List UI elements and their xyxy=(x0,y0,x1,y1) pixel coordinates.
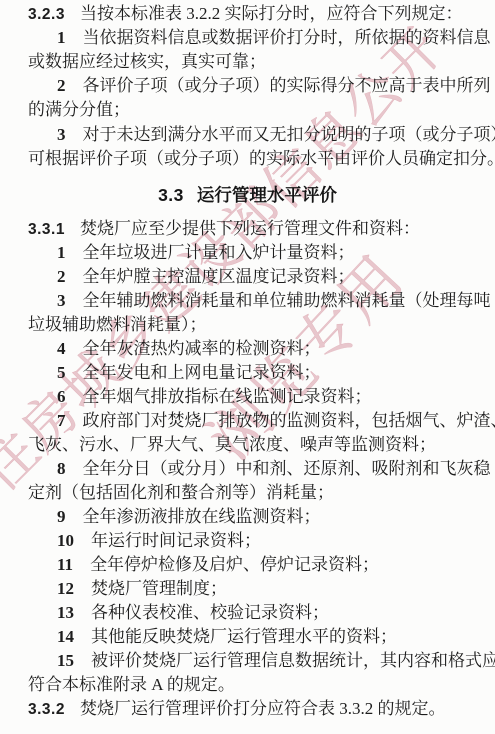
section-heading-3-3: 3.3运行管理水平评价 xyxy=(0,183,495,207)
item-text: 年运行时间记录资料； xyxy=(91,531,261,550)
item-text: 政府部门对焚烧厂排放物的监测资料，包括烟气、炉渣、 xyxy=(83,411,495,430)
list-item: 5全年发电和上网电量记录资料； xyxy=(57,361,321,385)
item-text: 各评价子项（或分子项）的实际得分不应高于表中所列 xyxy=(83,76,491,95)
item-text: 全年渗沥液排放在线监测资料； xyxy=(83,507,321,526)
section-title: 运行管理水平评价 xyxy=(197,185,337,205)
item-text: 全年停炉检修及启炉、停炉记录资料； xyxy=(90,555,379,574)
item-number: 10 xyxy=(57,531,74,550)
list-item: 11全年停炉检修及启炉、停炉记录资料； xyxy=(57,553,379,577)
item-text: 焚烧厂管理制度； xyxy=(91,579,227,598)
list-item: 10年运行时间记录资料； xyxy=(57,529,261,553)
item-text: 当依据资料信息或数据评价打分时，所依据的资料信息 xyxy=(83,28,491,47)
clause-text: 焚烧厂运行管理评价打分应符合表 3.3.2 的规定。 xyxy=(80,699,446,718)
document-page: 住房城乡建设部信息公开 浏览专用 3.2.3当按本标准表 3.2.2 实际打分时… xyxy=(0,0,495,734)
list-item: 3全年辅助燃料消耗量和单位辅助燃料消耗量（处理每吨 xyxy=(57,289,491,313)
item-text: 或数据应经过核实，真实可靠； xyxy=(28,52,266,71)
continuation-line: 可根据评价子项（或分子项）的实际水平由评价人员确定扣分。 xyxy=(28,147,495,171)
list-item: 15被评价焚烧厂运行管理信息数据统计，其内容和格式应 xyxy=(57,649,495,673)
item-number: 6 xyxy=(57,387,66,406)
item-text: 被评价焚烧厂运行管理信息数据统计，其内容和格式应 xyxy=(91,651,495,670)
clause-number: 3.3.1 xyxy=(28,221,65,238)
item-text: 其他能反映焚烧厂运行管理水平的资料； xyxy=(91,627,397,646)
item-text: 全年烟气排放指标在线监测记录资料； xyxy=(83,387,372,406)
item-number: 12 xyxy=(57,579,74,598)
item-number: 7 xyxy=(57,411,66,430)
item-number: 4 xyxy=(57,339,66,358)
continuation-line: 的满分分值； xyxy=(28,98,130,122)
item-text: 符合本标准附录 A 的规定。 xyxy=(28,675,235,694)
item-number: 1 xyxy=(57,28,66,47)
clause-3-2-3: 3.2.3当按本标准表 3.2.2 实际打分时，应符合下列规定： xyxy=(28,2,462,26)
item-text: 的满分分值； xyxy=(28,100,130,119)
list-item: 1全年垃圾进厂计量和入炉计量资料； xyxy=(57,241,355,265)
item-number: 2 xyxy=(57,267,66,286)
item-text: 全年垃圾进厂计量和入炉计量资料； xyxy=(83,243,355,262)
list-item: 6全年烟气排放指标在线监测记录资料； xyxy=(57,385,372,409)
clause-text: 当按本标准表 3.2.2 实际打分时，应符合下列规定： xyxy=(80,4,463,23)
list-item: 7政府部门对焚烧厂排放物的监测资料，包括烟气、炉渣、 xyxy=(57,409,495,433)
item-number: 5 xyxy=(57,363,66,382)
item-number: 15 xyxy=(57,651,74,670)
item-number: 9 xyxy=(57,507,66,526)
clause-number: 3.2.3 xyxy=(28,6,65,23)
item-number: 2 xyxy=(57,76,66,95)
item-number: 14 xyxy=(57,627,74,646)
item-text: 飞灰、污水、厂界大气、臭气浓度、噪声等监测资料； xyxy=(28,435,436,454)
item-text: 全年辅助燃料消耗量和单位辅助燃料消耗量（处理每吨 xyxy=(83,291,491,310)
item-text: 全年分日（或分月）中和剂、还原剂、吸附剂和飞灰稳 xyxy=(83,459,491,478)
list-item: 12焚烧厂管理制度； xyxy=(57,577,227,601)
list-item: 9全年渗沥液排放在线监测资料； xyxy=(57,505,321,529)
continuation-line: 符合本标准附录 A 的规定。 xyxy=(28,673,235,697)
list-item: 2各评价子项（或分子项）的实际得分不应高于表中所列 xyxy=(57,74,491,98)
clause-3-3-1: 3.3.1焚烧厂应至少提供下列运行管理文件和资料： xyxy=(28,217,420,241)
list-item: 13各种仪表校准、校验记录资料； xyxy=(57,601,329,625)
list-item: 4全年灰渣热灼减率的检测资料； xyxy=(57,337,321,361)
item-text: 全年灰渣热灼减率的检测资料； xyxy=(83,339,321,358)
list-item: 2全年炉膛主控温度区温度记录资料； xyxy=(57,265,355,289)
item-text: 全年发电和上网电量记录资料； xyxy=(83,363,321,382)
section-number: 3.3 xyxy=(158,185,184,205)
clause-3-3-2: 3.3.2焚烧厂运行管理评价打分应符合表 3.3.2 的规定。 xyxy=(28,697,445,721)
list-item: 3对于未达到满分水平而又无扣分说明的子项（或分子项）， xyxy=(57,123,495,147)
item-text: 对于未达到满分水平而又无扣分说明的子项（或分子项）， xyxy=(83,125,495,144)
list-item: 14其他能反映焚烧厂运行管理水平的资料； xyxy=(57,625,397,649)
list-item: 1当依据资料信息或数据评价打分时，所依据的资料信息 xyxy=(57,26,491,50)
clause-number: 3.3.2 xyxy=(28,701,65,718)
item-number: 1 xyxy=(57,243,66,262)
item-number: 3 xyxy=(57,125,66,144)
item-text: 可根据评价子项（或分子项）的实际水平由评价人员确定扣分。 xyxy=(28,149,495,168)
item-number: 11 xyxy=(57,555,73,574)
item-number: 8 xyxy=(57,459,66,478)
continuation-line: 或数据应经过核实，真实可靠； xyxy=(28,50,266,74)
item-text: 定剂（包括固化剂和螯合剂等）消耗量； xyxy=(28,483,334,502)
item-text: 垃圾辅助燃料消耗量）； xyxy=(28,315,207,334)
continuation-line: 垃圾辅助燃料消耗量）； xyxy=(28,313,207,337)
item-number: 3 xyxy=(57,291,66,310)
continuation-line: 飞灰、污水、厂界大气、臭气浓度、噪声等监测资料； xyxy=(28,433,436,457)
item-number: 13 xyxy=(57,603,74,622)
clause-text: 焚烧厂应至少提供下列运行管理文件和资料： xyxy=(80,219,420,238)
item-text: 各种仪表校准、校验记录资料； xyxy=(91,603,329,622)
item-text: 全年炉膛主控温度区温度记录资料； xyxy=(83,267,355,286)
continuation-line: 定剂（包括固化剂和螯合剂等）消耗量； xyxy=(28,481,334,505)
list-item: 8全年分日（或分月）中和剂、还原剂、吸附剂和飞灰稳 xyxy=(57,457,491,481)
